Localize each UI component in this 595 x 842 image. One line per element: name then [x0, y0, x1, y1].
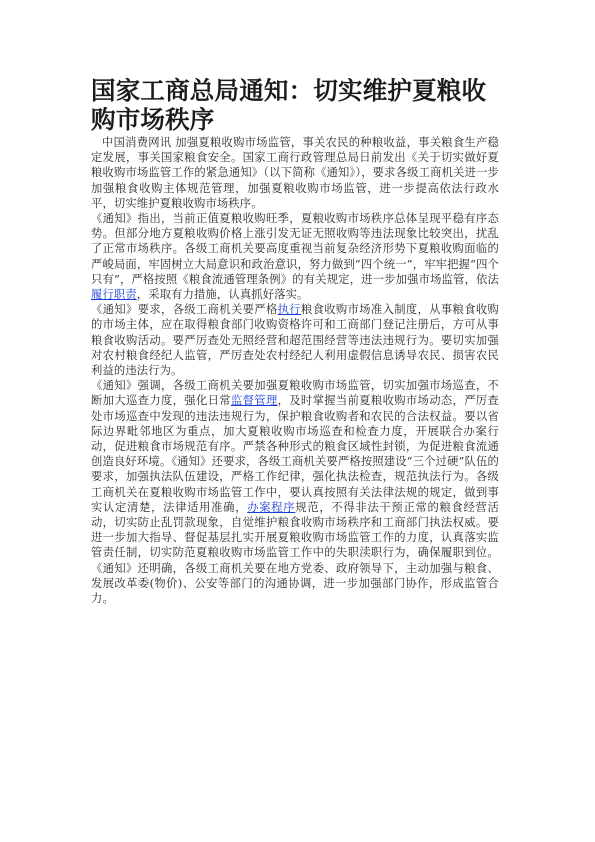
paragraph-text: 规范，不得非法干预正常的粮食经营活动，切实防止乱罚款现象，自觉维护粮食收购市场秩… — [91, 501, 499, 605]
article-title: 国家工商总局通知：切实维护夏粮收购市场秩序 — [91, 76, 499, 134]
paragraph-notice-points: 《通知》指出，当前正值夏粮收购旺季，夏粮收购市场秩序总体呈现平稳有序态势。但部分… — [91, 211, 499, 302]
link-banan-chengxu[interactable]: 办案程序 — [247, 501, 295, 514]
article-body: 中国消费网讯 加强夏粮收购市场监管，事关农民的种粮收益，事关粮食生产稳定发展，事… — [91, 135, 499, 606]
link-jiandu-guanli[interactable]: 监督管理 — [231, 394, 278, 407]
paragraph-notice-emphasizes: 《通知》强调，各级工商机关要加强夏粮收购市场监管，切实加强市场巡查，不断加大巡查… — [91, 378, 499, 606]
paragraph-text: 《通知》要求，各级工商机关要严格 — [91, 303, 278, 316]
paragraph-notice-requires: 《通知》要求，各级工商机关要严格执行粮食收购市场准入制度，从事粮食收购的市场主体… — [91, 302, 499, 378]
link-lvxing-zhize[interactable]: 履行职责 — [91, 288, 137, 301]
paragraph-text: 中国消费网讯 加强夏粮收购市场监管，事关农民的种粮收益，事关粮食生产稳定发展，事… — [91, 136, 499, 210]
document-page: 国家工商总局通知：切实维护夏粮收购市场秩序 中国消费网讯 加强夏粮收购市场监管，… — [91, 76, 499, 606]
paragraph-text: ，及时掌握当前夏粮收购市场动态，严厉查处市场巡查中发现的违法违规行为，保护粮食收… — [91, 394, 499, 513]
paragraph-intro: 中国消费网讯 加强夏粮收购市场监管，事关农民的种粮收益，事关粮食生产稳定发展，事… — [91, 135, 499, 211]
paragraph-text: 《通知》指出，当前正值夏粮收购旺季，夏粮收购市场秩序总体呈现平稳有序态势。但部分… — [91, 212, 499, 286]
paragraph-text: ，采取有力措施，认真抓好落实。 — [137, 288, 309, 301]
link-zhixing[interactable]: 执行 — [278, 303, 301, 316]
